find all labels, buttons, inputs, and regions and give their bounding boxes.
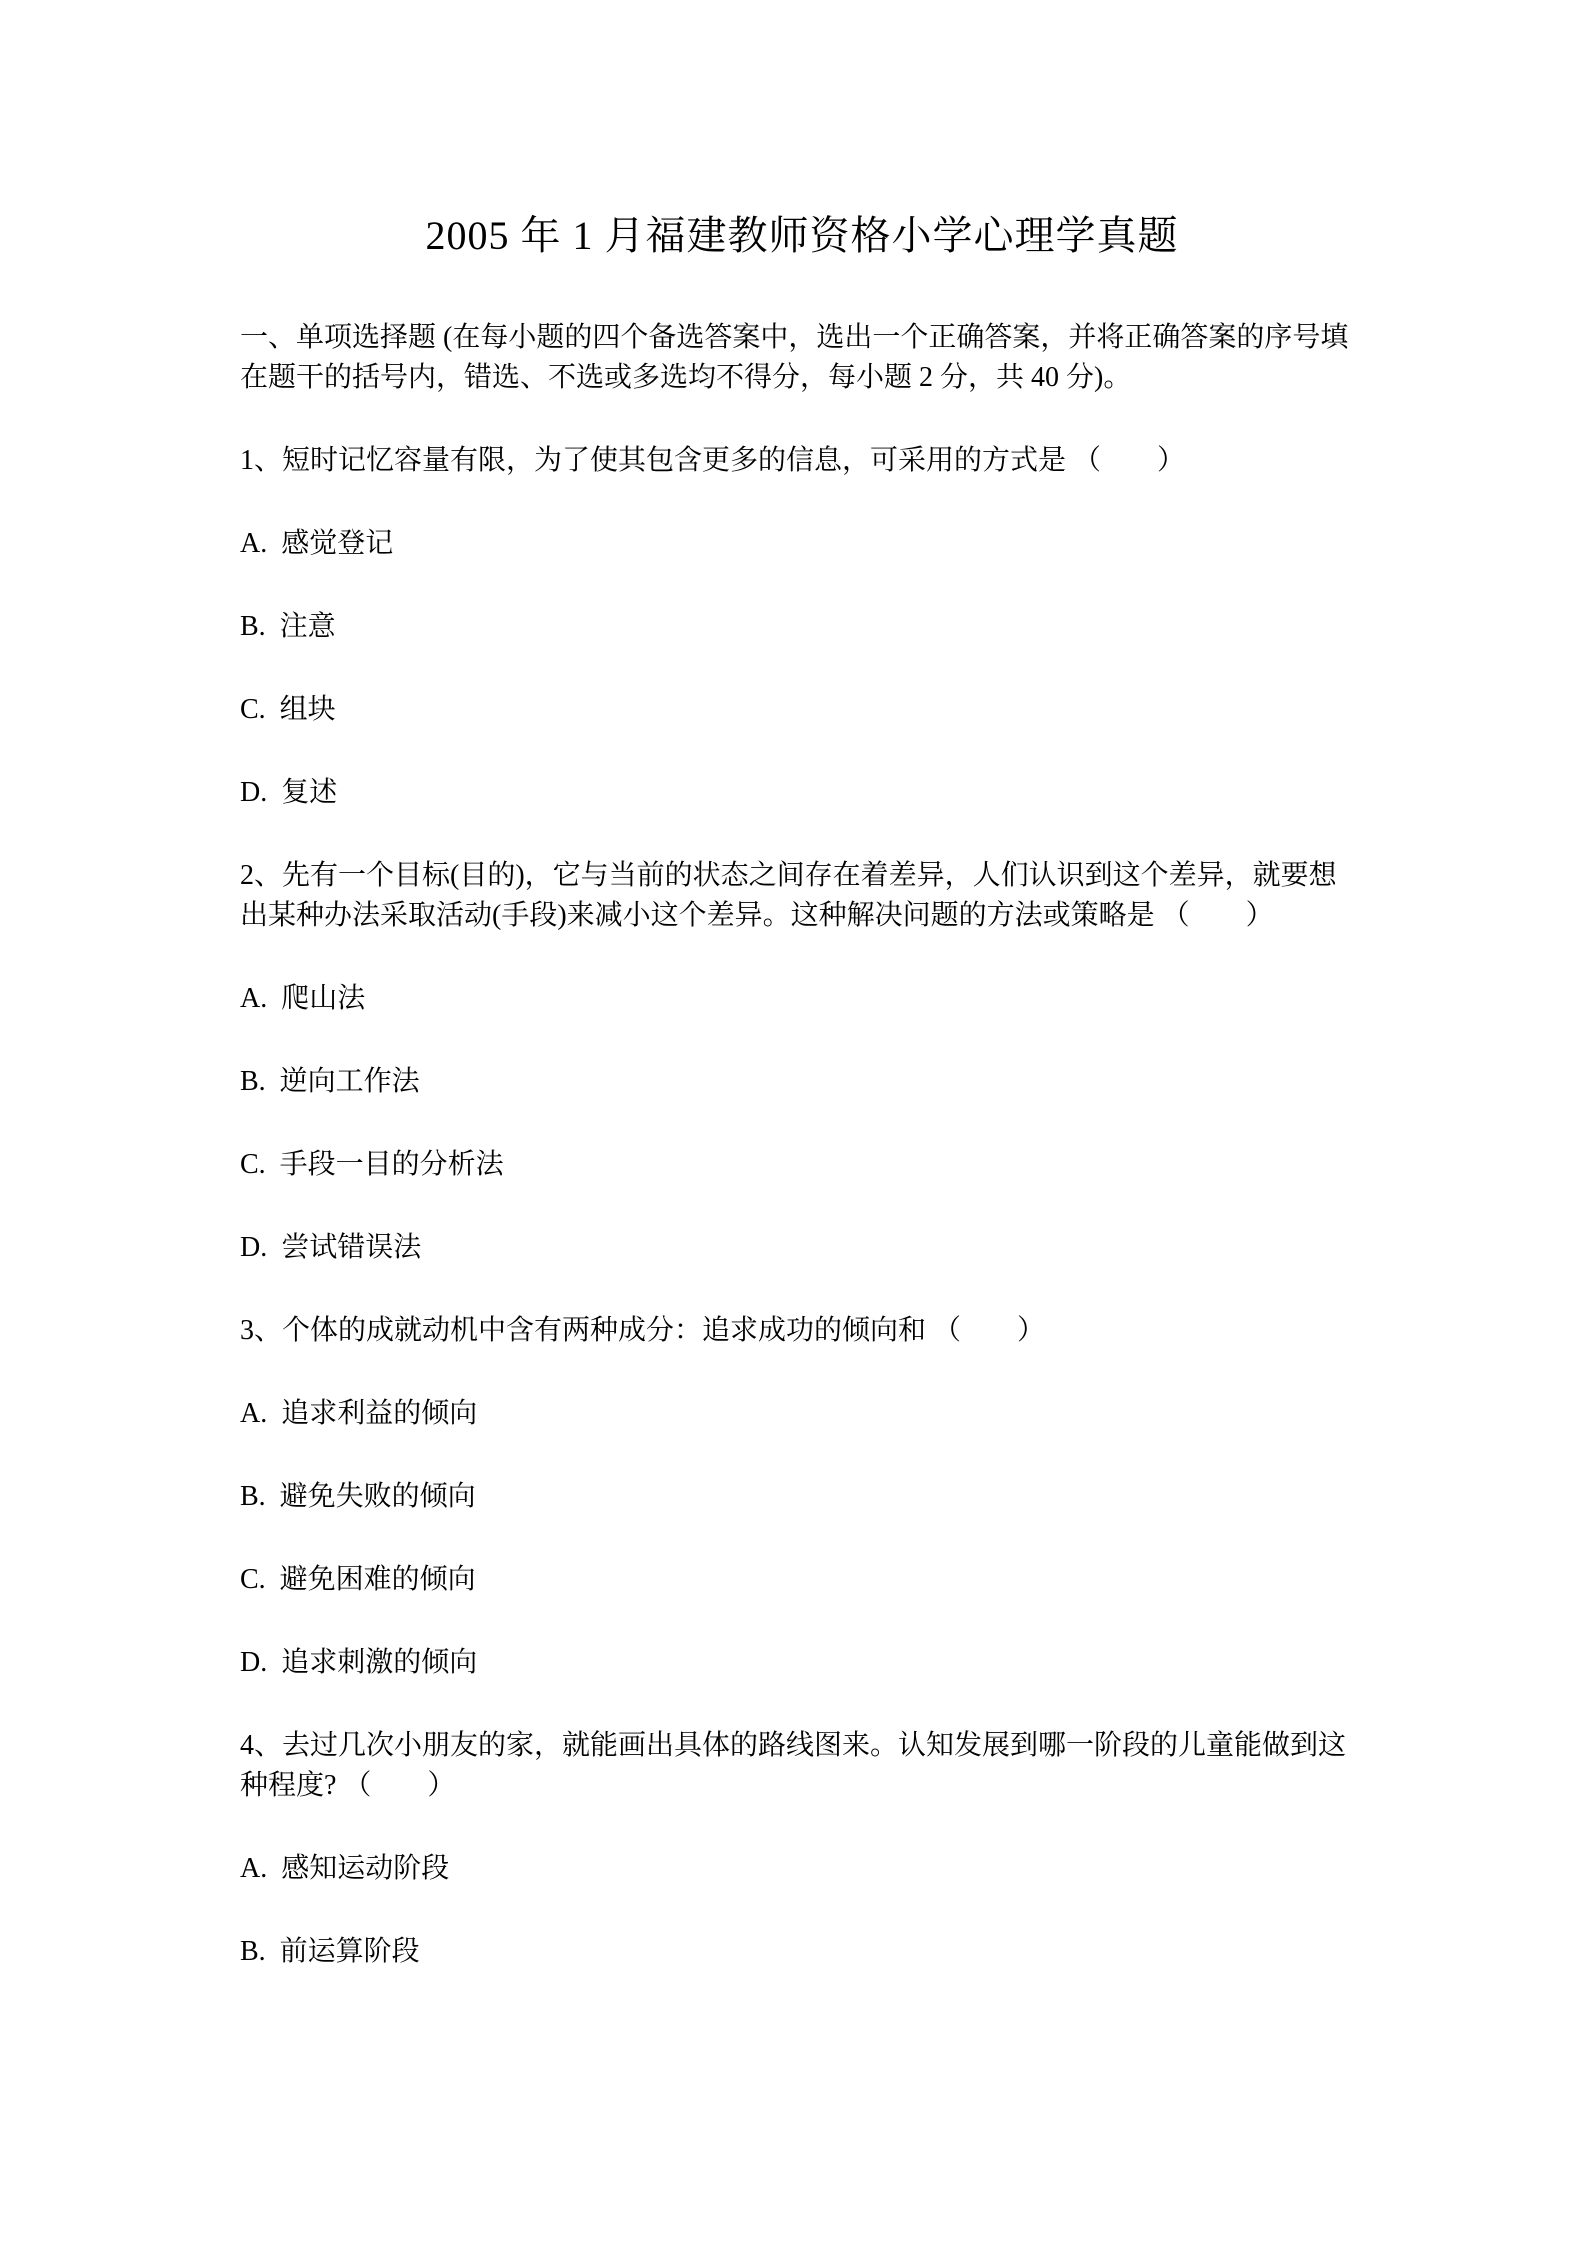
question-2-option-c: C. 手段一目的分析法 xyxy=(240,1145,1364,1185)
question-1-option-a: A. 感觉登记 xyxy=(240,524,1364,564)
question-3-option-d: D. 追求刺激的倾向 xyxy=(240,1643,1364,1683)
page-title: 2005 年 1 月福建教师资格小学心理学真题 xyxy=(240,212,1364,260)
question-2-option-d: D. 尝试错误法 xyxy=(240,1228,1364,1268)
question-3-stem: 3、个体的成就动机中含有两种成分：追求成功的倾向和 （ ） xyxy=(240,1311,1364,1351)
question-4-option-b: B. 前运算阶段 xyxy=(240,1932,1364,1972)
section-intro: 一、单项选择题 (在每小题的四个备选答案中，选出一个正确答案，并将正确答案的序号… xyxy=(240,318,1364,398)
question-2-option-a: A. 爬山法 xyxy=(240,979,1364,1019)
question-1-stem: 1、短时记忆容量有限，为了使其包含更多的信息，可采用的方式是 （ ） xyxy=(240,441,1364,481)
question-4-option-a: A. 感知运动阶段 xyxy=(240,1849,1364,1889)
question-4-stem: 4、去过几次小朋友的家，就能画出具体的路线图来。认知发展到哪一阶段的儿童能做到这… xyxy=(240,1726,1364,1806)
question-1-option-c: C. 组块 xyxy=(240,690,1364,730)
question-1-option-b: B. 注意 xyxy=(240,607,1364,647)
question-1-option-d: D. 复述 xyxy=(240,773,1364,813)
question-3-option-a: A. 追求利益的倾向 xyxy=(240,1394,1364,1434)
question-3-option-b: B. 避免失败的倾向 xyxy=(240,1477,1364,1517)
question-2-stem: 2、先有一个目标(目的)，它与当前的状态之间存在着差异，人们认识到这个差异，就要… xyxy=(240,856,1364,936)
question-2-option-b: B. 逆向工作法 xyxy=(240,1062,1364,1102)
question-3-option-c: C. 避免困难的倾向 xyxy=(240,1560,1364,1600)
document-page: 2005 年 1 月福建教师资格小学心理学真题 一、单项选择题 (在每小题的四个… xyxy=(0,0,1586,2244)
